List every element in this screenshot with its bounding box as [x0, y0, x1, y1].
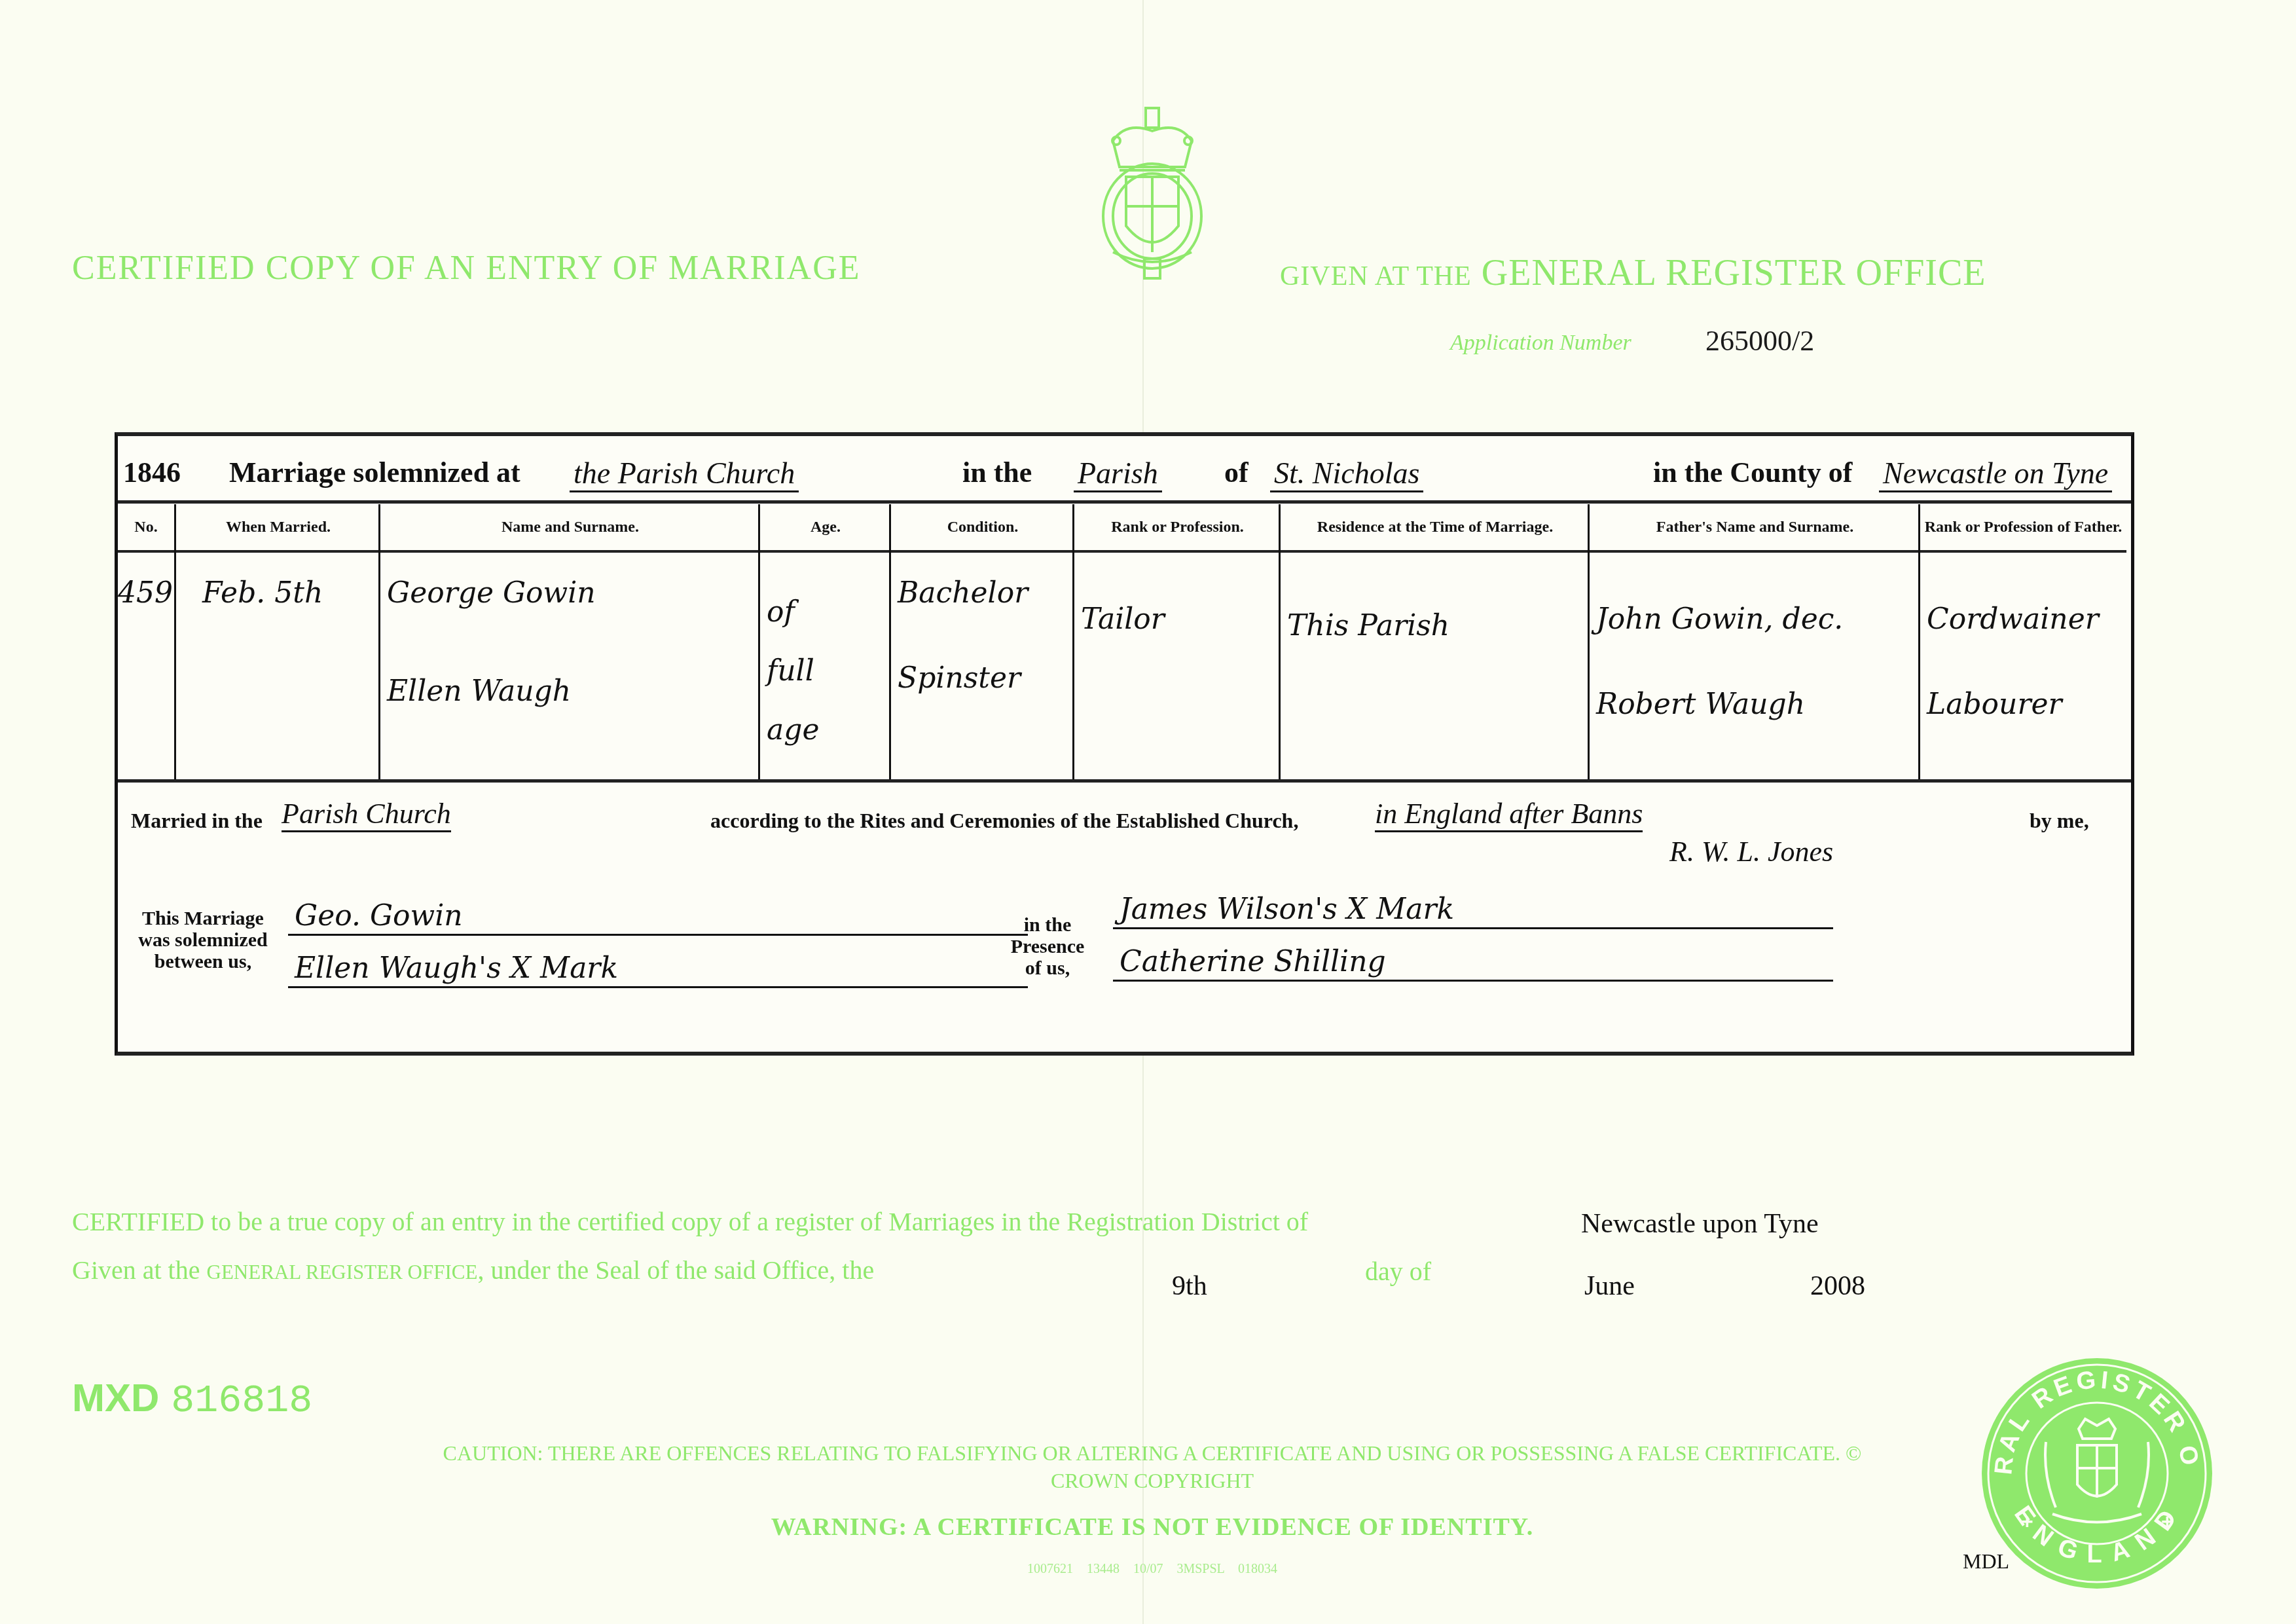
application-number-value: 265000/2 [1705, 324, 1814, 358]
register-columns: No. 459 When Married. Feb. 5th Name and … [118, 504, 2131, 779]
svg-text:+: + [2021, 1509, 2033, 1533]
place-handwritten: the Parish Church [570, 456, 799, 492]
residence-value: This Parish [1287, 609, 1586, 642]
print-codes: 1007621 13448 10/07 3MSPSL 018034 [419, 1562, 1886, 1577]
gro-heading-main: GENERAL REGISTER OFFICE [1482, 253, 1986, 293]
party-signature-1: Geo. Gowin [288, 895, 1028, 936]
certification-line-2: Given at the General Register Office, un… [72, 1255, 874, 1285]
groom-father-profession: Cordwainer [1927, 602, 2123, 636]
by-me-label: by me, [2030, 809, 2089, 833]
gro-heading: Given at the GENERAL REGISTER OFFICE [1280, 252, 1986, 294]
rites-label: according to the Rites and Ceremonies of… [710, 809, 1298, 833]
age-value: of full age [767, 583, 845, 760]
parish-name-handwritten: St. Nicholas [1270, 456, 1423, 492]
column-profession: Rank or Profession. Tailor [1072, 504, 1281, 779]
groom-name: George Gowin [387, 576, 756, 610]
party-signature-2: Ellen Waugh's X Mark [288, 947, 1028, 988]
column-residence: Residence at the Time of Marriage. This … [1279, 504, 1590, 779]
issue-day: 9th [1172, 1270, 1207, 1302]
day-of-label: day of [1365, 1256, 1431, 1287]
when-married-value: Feb. 5th [202, 576, 376, 610]
presence-label: in the Presence of us, [1002, 914, 1093, 979]
warning-notice: WARNING: A CERTIFICATE IS NOT EVIDENCE O… [419, 1513, 1886, 1541]
bride-name: Ellen Waugh [387, 674, 756, 708]
register-year: 1846 [123, 456, 181, 489]
column-no: No. 459 [118, 504, 174, 779]
solemnized-label: Marriage solemnized at [229, 456, 520, 489]
county-label: in the County of [1653, 456, 1852, 489]
signatures-section: This Marriage was solemnized between us,… [118, 895, 2131, 1045]
certificate-title: CERTIFIED COPY OF AN ENTRY OF MARRIAGE [72, 249, 860, 287]
between-us-label: This Marriage was solemnized between us, [124, 908, 282, 972]
certificate-serial: MXD816818 [72, 1375, 312, 1424]
serial-prefix: MXD [72, 1376, 159, 1420]
registration-district: Newcastle upon Tyne [1581, 1208, 1819, 1240]
issuer-initials: MDL [1963, 1549, 2009, 1574]
application-number-label: Application Number [1450, 331, 1631, 356]
column-age: Age. of full age [758, 504, 891, 779]
bride-condition: Spinster [898, 661, 1070, 695]
column-father-profession: Rank or Profession of Father. Cordwainer… [1918, 504, 2126, 779]
issue-month: June [1584, 1270, 1635, 1302]
rites-value: in England after Banns [1375, 797, 1643, 832]
officiant-signature: R. W. L. Jones [1669, 835, 1833, 868]
married-in-label: Married in the [131, 809, 263, 833]
of-label: of [1224, 456, 1248, 489]
parish-handwritten: Parish [1074, 456, 1162, 492]
married-in-line: Married in the Parish Church according t… [118, 779, 2131, 855]
register-heading-line: 1846 Marriage solemnized at the Parish C… [118, 448, 2131, 504]
column-father-name: Father's Name and Surname. John Gowin, d… [1588, 504, 1920, 779]
serial-number: 816818 [171, 1379, 312, 1424]
groom-condition: Bachelor [898, 576, 1070, 610]
issue-year: 2008 [1810, 1270, 1865, 1302]
groom-profession: Tailor [1081, 602, 1277, 636]
column-name: Name and Surname. George Gowin Ellen Wau… [378, 504, 760, 779]
county-handwritten: Newcastle on Tyne [1879, 456, 2112, 492]
gro-heading-prefix: Given at the [1280, 261, 1472, 291]
groom-father: John Gowin, dec. [1596, 602, 1916, 636]
gro-seal-icon: GENERAL REGISTER OFFICE ENGLAND + + [1980, 1357, 2214, 1590]
in-the-label: in the [962, 456, 1032, 489]
witness-signature-1: James Wilson's X Mark [1113, 888, 1833, 929]
register-entry-copy: 1846 Marriage solemnized at the Parish C… [115, 432, 2134, 1056]
column-condition: Condition. Bachelor Spinster [889, 504, 1074, 779]
bride-father: Robert Waugh [1596, 688, 1916, 721]
witness-signature-2: Catherine Shilling [1113, 940, 1833, 982]
royal-crest-icon [1087, 101, 1218, 285]
bride-father-profession: Labourer [1927, 688, 2123, 721]
svg-text:+: + [2161, 1509, 2174, 1533]
married-in-value: Parish Church [282, 797, 451, 832]
entry-number: 459 [118, 576, 170, 610]
caution-notice: CAUTION: THERE ARE OFFENCES RELATING TO … [419, 1439, 1886, 1494]
column-when-married: When Married. Feb. 5th [174, 504, 380, 779]
certification-line-1: CERTIFIED to be a true copy of an entry … [72, 1206, 1308, 1237]
